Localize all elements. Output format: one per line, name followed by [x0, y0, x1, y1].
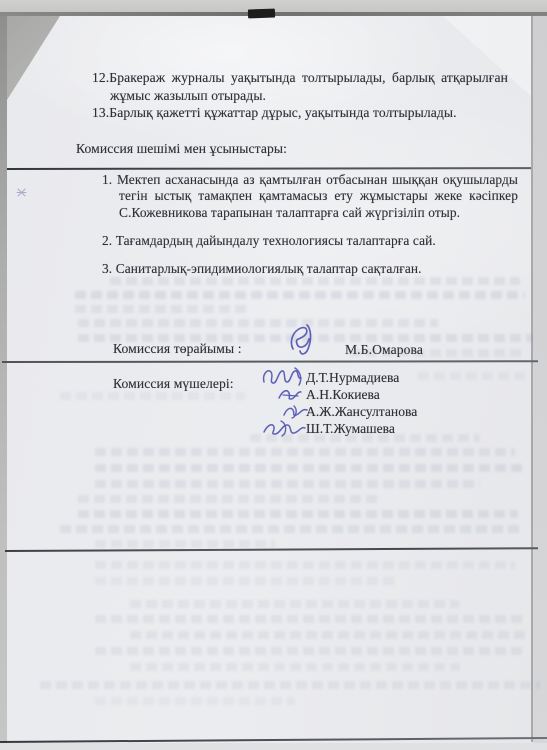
chairman-label: Комиссия төрайымы :: [113, 341, 242, 357]
bleedthrough-line: [75, 305, 250, 313]
members-label: Комиссия мүшелері:: [113, 376, 234, 392]
margin-asterisk-mark: [15, 186, 28, 199]
bleedthrough-line: [95, 561, 515, 569]
bleedthrough-line: [40, 681, 540, 689]
bleedthrough-line: [95, 480, 480, 488]
chairman-name: М.Б.Омарова: [345, 342, 423, 358]
chairman-signature: [287, 321, 321, 358]
member-name-4: Ш.Т.Жумашева: [306, 421, 395, 437]
report-item-13: 13.Барлық қажетті құжаттар дұрыс, уақыты…: [92, 104, 508, 122]
bleedthrough-line: [78, 319, 438, 327]
bleedthrough-line: [95, 577, 395, 585]
report-item-12: 12.Бракераж журналы уақытында толтырылад…: [92, 69, 508, 104]
bleedthrough-line: [130, 600, 460, 608]
page-left-edge: [0, 16, 7, 750]
decisions-heading: Комиссия шешімі мен ұсыныстары:: [76, 141, 287, 157]
bleedthrough-line: [95, 464, 525, 472]
member-name-3: А.Ж.Жансултанова: [306, 404, 417, 420]
decision-item-3: 3. Санитарлық-эпидимиологиялық талаптар …: [102, 261, 518, 277]
report-findings-list: 12.Бракераж журналы уақытында толтырылад…: [92, 69, 508, 122]
bleedthrough-line: [95, 697, 295, 705]
page-bottom-margin: [0, 743, 547, 750]
bleedthrough-line: [60, 392, 245, 400]
bleedthrough-line: [95, 540, 275, 548]
bleedthrough-line: [95, 448, 515, 456]
bleedthrough-line: [130, 631, 530, 639]
member-signature-2: [277, 386, 304, 403]
decision-item-2: 2. Тағамдардың дайындалу технологиясы та…: [102, 233, 518, 249]
scanned-document: 12.Бракераж журналы уақытында толтырылад…: [0, 0, 547, 750]
bleedthrough-line: [75, 291, 525, 299]
bleedthrough-line: [130, 663, 460, 671]
member-name-1: Д.Т.Нурмадиева: [306, 370, 399, 386]
binder-tab-mark: [248, 9, 275, 19]
bleedthrough-line: [78, 510, 518, 518]
decision-item-1: 1. Мектеп асханасында аз қамтылған отбас…: [102, 172, 518, 221]
scanner-right-strip: [533, 16, 547, 750]
bleedthrough-line: [60, 525, 520, 533]
member-name-2: А.Н.Кокиева: [306, 387, 380, 403]
bleedthrough-line: [418, 372, 528, 380]
bleedthrough-line: [95, 647, 525, 655]
member-signature-4: [261, 418, 307, 439]
bleedthrough-line: [95, 615, 525, 623]
decisions-list: 1. Мектеп асханасында аз қамтылған отбас…: [102, 172, 518, 289]
bleedthrough-line: [78, 495, 378, 503]
